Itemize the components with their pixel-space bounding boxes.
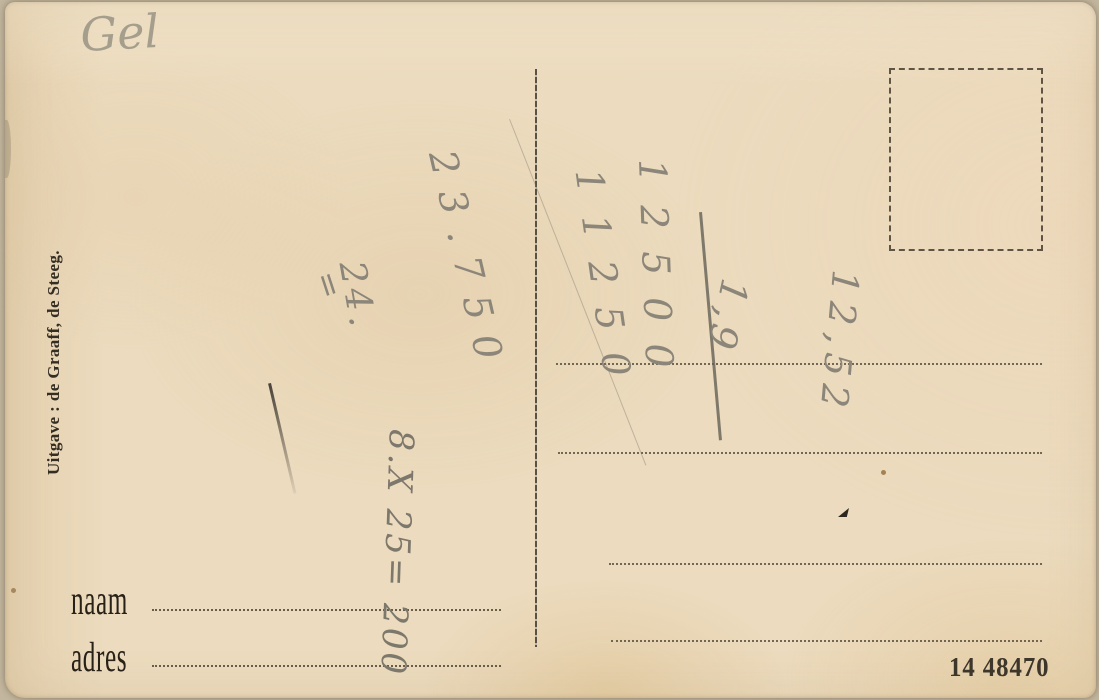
address-dotted-line xyxy=(152,665,501,667)
pencil-calc-second-number: 12500 xyxy=(630,158,682,390)
address-line-3 xyxy=(609,563,1042,565)
postcard-back: Uitgave : de Graaff, de Steeg. naam adre… xyxy=(5,2,1096,698)
stain-speck xyxy=(881,470,886,475)
name-label: naam xyxy=(71,577,128,625)
edge-notch xyxy=(5,120,11,178)
pencil-note-gel: Gel xyxy=(79,4,160,62)
pencil-bottom-calculation: 8.X 25= 200 xyxy=(372,429,421,678)
address-line-4 xyxy=(611,640,1042,642)
pencil-calc-sum: 23.750 xyxy=(420,146,514,379)
publisher-credit: Uitgave : de Graaff, de Steeg. xyxy=(44,250,64,475)
pencil-short-stroke xyxy=(268,383,296,494)
edge-speck xyxy=(11,588,16,593)
pencil-amount-outer: 12,52 xyxy=(811,268,867,417)
address-line-2 xyxy=(558,452,1042,454)
message-address-divider-line xyxy=(535,69,537,647)
ink-speck xyxy=(838,508,849,517)
address-label: adres xyxy=(71,634,127,682)
name-dotted-line xyxy=(152,609,501,611)
serial-number: 14 48470 xyxy=(949,652,1050,683)
stamp-box xyxy=(889,68,1043,251)
